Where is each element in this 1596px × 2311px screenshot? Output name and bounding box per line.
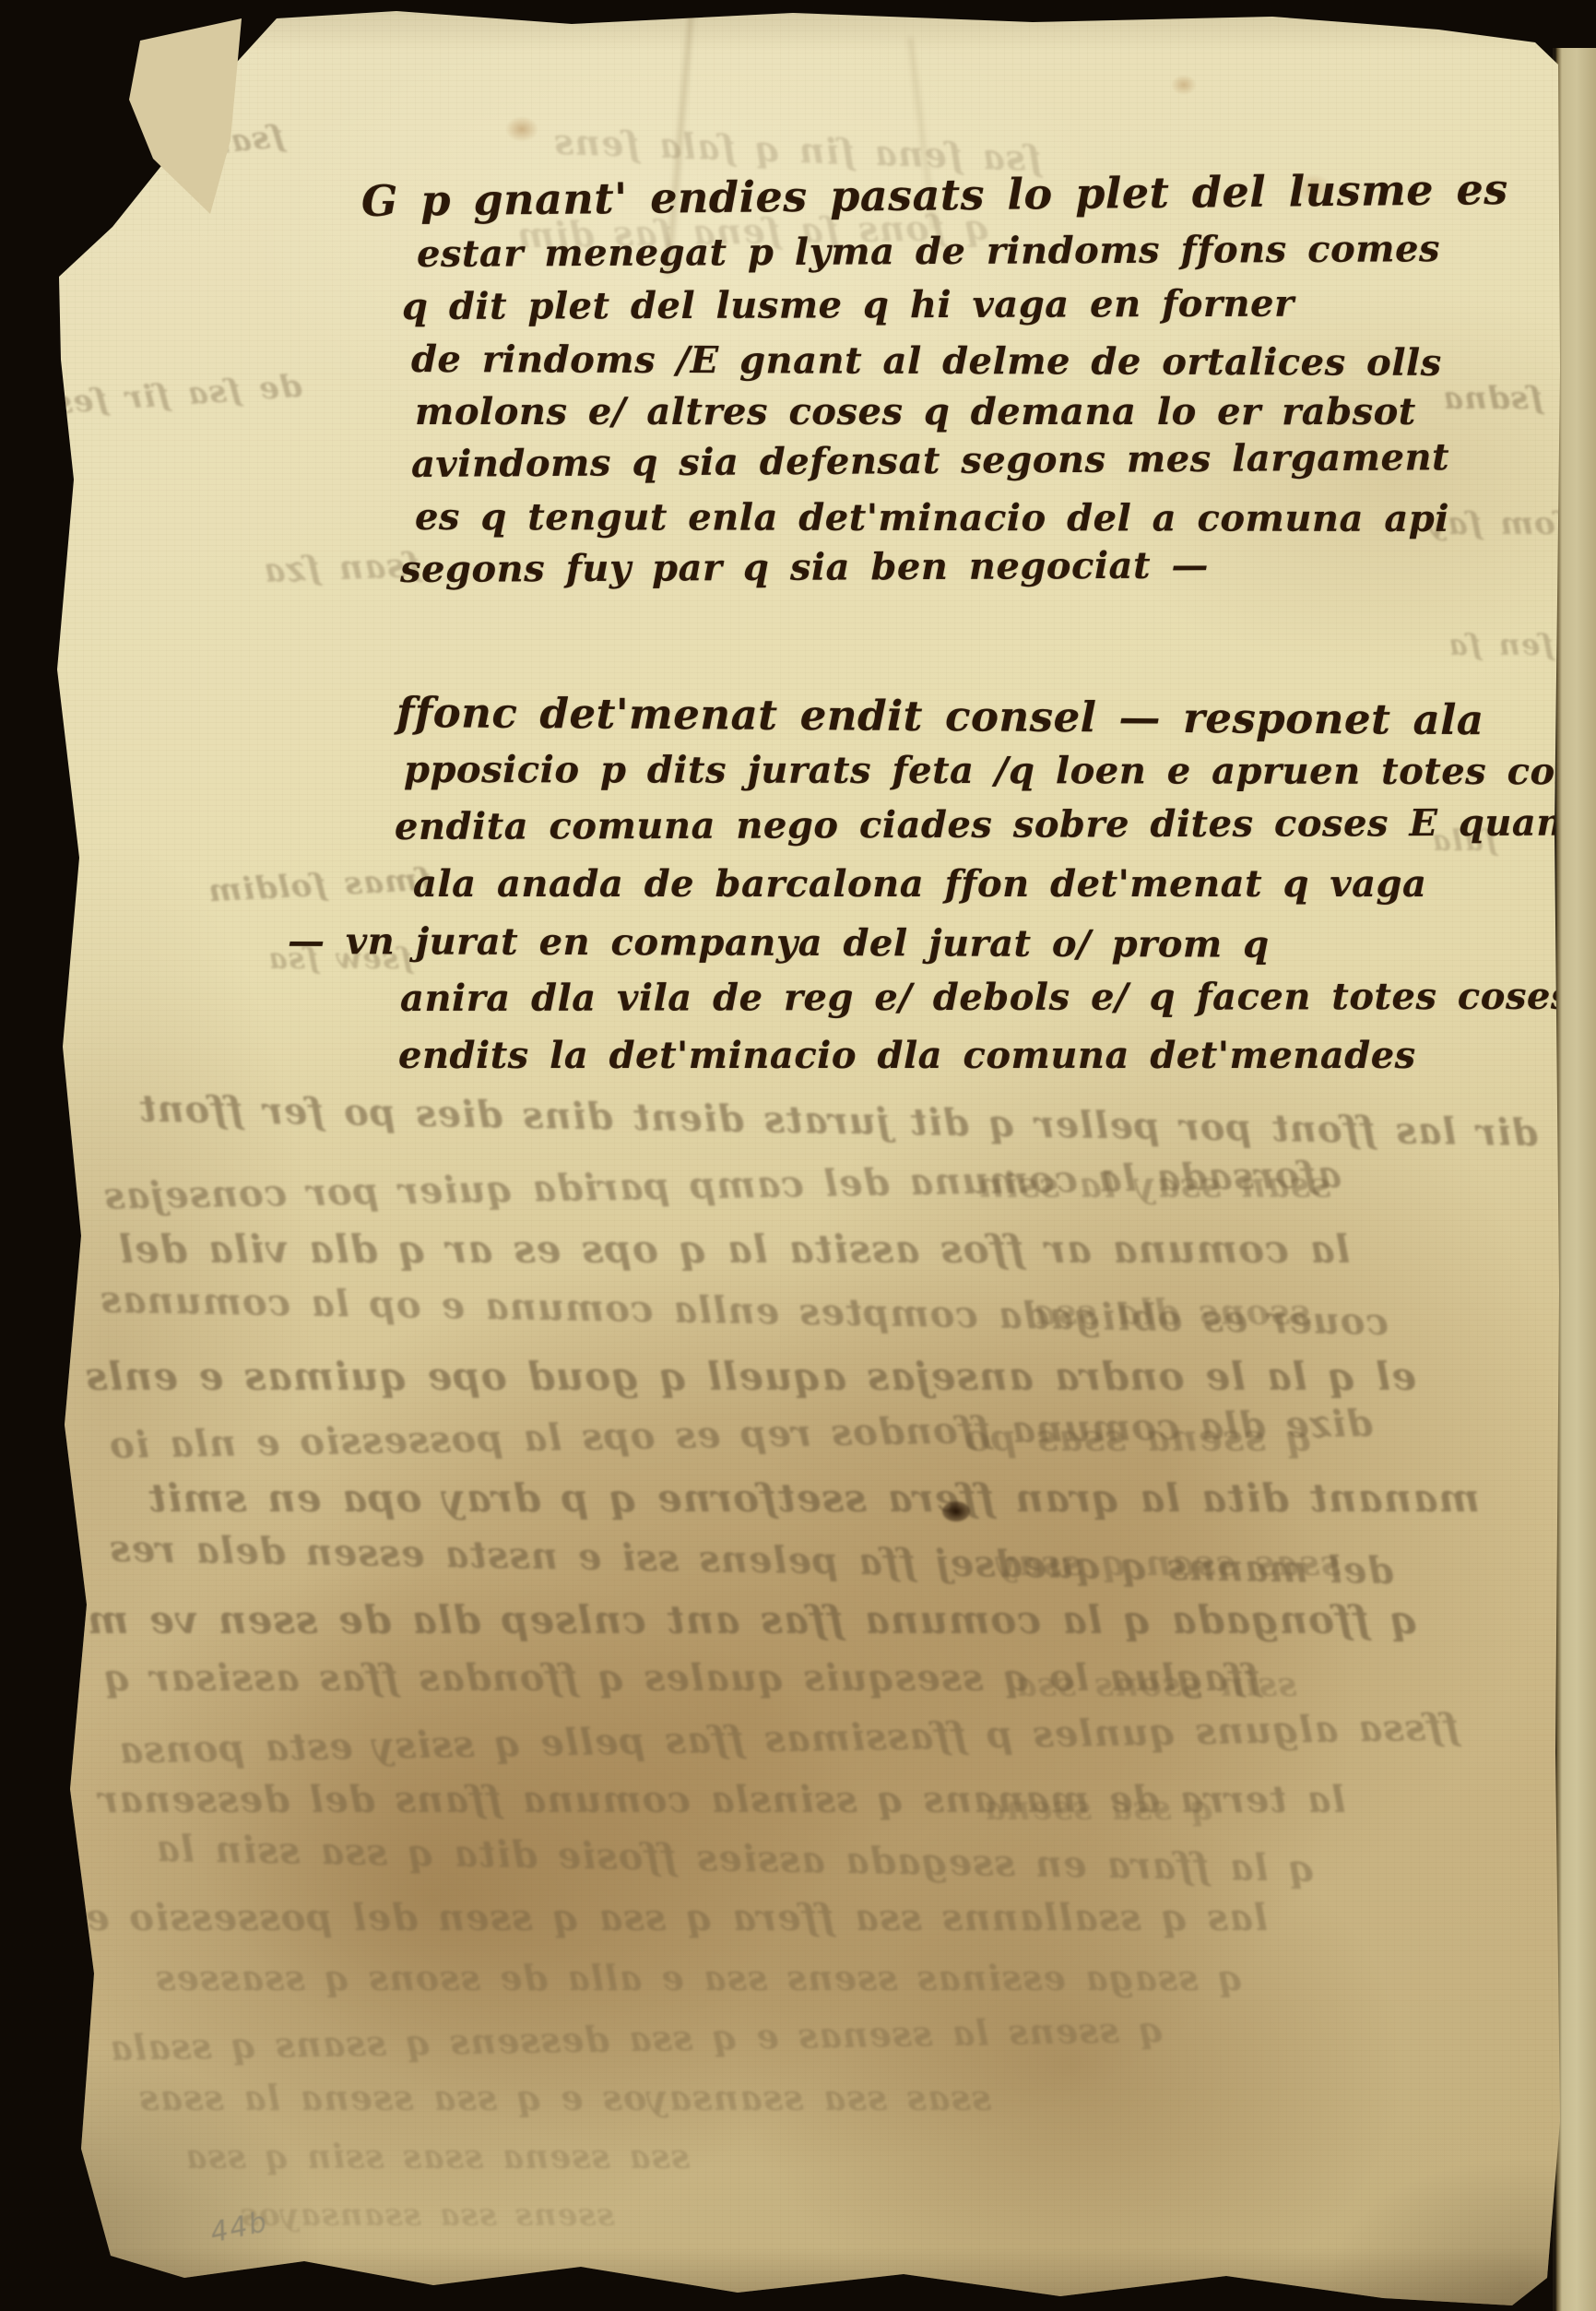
- bleedthrough-line: q ffongada q la comuna ffas ant cnlsep d…: [87, 1597, 1417, 1642]
- manuscript-text-line: estar menegat p lyma de rindoms ffons co…: [417, 222, 1508, 280]
- bleedthrough-line: las q ssallanns ssa ffera q ssa q ssen d…: [85, 1896, 1268, 1939]
- bleedthrough-line: dize dla comuna ffondos rep es ops la po…: [109, 1402, 1373, 1467]
- bleedthrough-line: q ssens la ssenas e q ssa dessens q ssan…: [109, 2009, 1164, 2068]
- manuscript-page: ſsand ſsimo de ſsa ſir ſes ſsan ſza ſmas…: [0, 0, 1596, 2311]
- bleedthrough-line: ſen ſa: [1448, 627, 1554, 662]
- manuscript-text-line: ffonc det'menat endit consel — responet …: [396, 684, 1596, 750]
- manuscript-text-line: de rindoms /E gnant al delme de ortalice…: [411, 333, 1508, 389]
- bleedthrough-line: ssens ssa ssansayos: [240, 2197, 615, 2234]
- manuscript-text-line: endita comuna nego ciades sobre dites co…: [395, 794, 1596, 856]
- bleedthrough-line: q la ffara en ssegada assies ffosie dita…: [155, 1827, 1315, 1890]
- page-number: 894: [77, 53, 165, 103]
- bleedthrough-line: ſsand ſsimo: [64, 118, 286, 178]
- manuscript-text-line: ala anada de barcalona ffon det'menat q …: [413, 856, 1596, 913]
- main-text-paragraph-2: ffonc det'menat endit consel — responet …: [406, 684, 1596, 1084]
- bleedthrough-line: ssa ssena ssas ssin q ssa: [184, 2138, 690, 2176]
- bleedthrough-line: la comuna ar ffos assita la q ops es ar …: [118, 1227, 1351, 1272]
- manuscript-text-line: molons e/ altres coses q demana lo er ra…: [415, 385, 1508, 438]
- bleedthrough-line: q ssena ssas po: [964, 1416, 1311, 1460]
- bleedthrough-line: ssas ssan q ssay: [996, 1542, 1341, 1583]
- bleedthrough-line: el q la le ondra ansejas aquell q goud o…: [85, 1354, 1416, 1399]
- bleedthrough-line: couer es obligada comptes enlla comuna e…: [100, 1278, 1389, 1344]
- bleedthrough-line: ſmas ſoldim: [207, 861, 432, 910]
- manuscript-text-line: segons fuy par q sia ben negociat —: [400, 538, 1508, 596]
- bleedthrough-line: aforsada la comuna del camp parida quier…: [103, 1153, 1342, 1217]
- bleedthrough-line: ssas ssa ssansayos e q ssa ssena la ssas: [138, 2077, 991, 2118]
- bleedthrough-line: dir las ffont por peller q dit jurats di…: [138, 1087, 1538, 1155]
- manuscript-text-line: G p gnant' endies pasats lo plet del lus…: [361, 163, 1508, 228]
- ink-smudge: [942, 1501, 970, 1522]
- bleedthrough-line: q ssa ssena: [983, 1789, 1213, 1828]
- bleedthrough-line: ssin ssons ssa: [1014, 1665, 1296, 1704]
- bleedthrough-line: q ssaga essinas ssens ssa e alla de sson…: [155, 1957, 1242, 1998]
- manuscript-text-line: q dit plet del lusme q hi vaga en forner: [402, 277, 1508, 333]
- bleedthrough-line: ſsan ſza: [262, 546, 420, 590]
- manuscript-text-line: endits la det'minacio dla comuna det'men…: [398, 1027, 1596, 1084]
- manuscript-text-line: pposicio p dits jurats feta /q loen e ap…: [404, 741, 1596, 800]
- manuscript-text-line: avindoms q sia defensat segons mes larga…: [411, 431, 1508, 491]
- bleedthrough-line: manant dita la qran ffera ssetforne q p …: [148, 1475, 1480, 1521]
- bleedthrough-line: ffaglua lo q ssesquis quales q ffondas f…: [103, 1656, 1261, 1700]
- bleedthrough-line: ssons dla ssa: [1033, 1291, 1311, 1333]
- manuscript-text-line: — vn jurat en companya del jurat o/ prom…: [288, 913, 1596, 975]
- bleedthrough-line: del manns q quedsej ffa pelens ssi e nss…: [109, 1527, 1394, 1593]
- manuscript-text-line: anira dla vila de reg e/ debols e/ q fac…: [400, 968, 1596, 1027]
- bleedthrough-line: ffssa alguns qunles p ffassimas ffas pel…: [118, 1705, 1460, 1772]
- main-text-paragraph-1: G p gnant' endies pasats lo plet del lus…: [406, 175, 1508, 596]
- pencil-annotation: 44b: [207, 2206, 271, 2249]
- manuscript-text-line: es q tengut enla det'minacio del a comun…: [415, 491, 1508, 545]
- bleedthrough-line: ssan ssay la ssin: [977, 1164, 1330, 1205]
- bleedthrough-line: la terra de manans q ssinsla comuna ffan…: [98, 1778, 1346, 1821]
- manuscript-photo: ſsand ſsimo de ſsa ſir ſes ſsan ſza ſmas…: [0, 0, 1596, 2311]
- bleedthrough-line: de ſsa ſir ſes: [53, 368, 303, 422]
